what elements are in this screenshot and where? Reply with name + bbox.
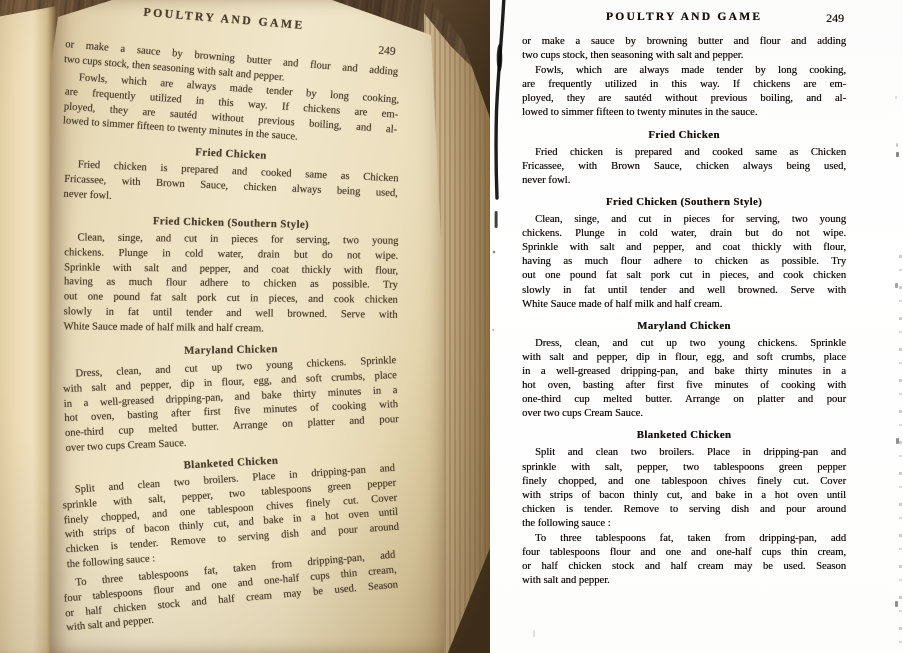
body-paragraph: or make a sauce by browning butter and f… xyxy=(522,35,846,63)
ink-speck xyxy=(896,438,899,444)
text-line: four tablespoons flour and one and one-h… xyxy=(522,546,846,560)
text-line: Clean, singe, and cut in pieces for serv… xyxy=(522,213,846,227)
recipe-heading: Blanketed Chicken xyxy=(522,428,846,442)
text-line: Dress, clean, and cut up two young chick… xyxy=(522,337,846,351)
page-title: POULTRY AND GAME xyxy=(606,10,762,23)
page-number: 249 xyxy=(826,11,844,25)
scan-page-text: POULTRY AND GAME 249 or make a sauce by … xyxy=(522,10,846,589)
text-line: with strips of bacon thinly cut, and bak… xyxy=(522,489,846,503)
text-line: the following sauce : xyxy=(522,517,846,531)
text-line: are frequently utilized in this way. If … xyxy=(522,78,846,92)
body-paragraph: Dress, clean, and cut up two young chick… xyxy=(62,354,399,457)
text-line: out one pound fat salt pork cut in piece… xyxy=(522,269,846,283)
body-paragraph: Fried chicken is prepared and cooked sam… xyxy=(522,146,846,188)
book-scan-comparison: POULTRY AND GAME 249 or make a sauce by … xyxy=(0,0,903,653)
text-line: finely chopped, and one tablespoon chive… xyxy=(522,475,846,489)
body-paragraph: Clean, singe, and cut in pieces for serv… xyxy=(522,213,846,312)
recipe-heading: Fried Chicken (Southern Style) xyxy=(522,195,846,209)
text-line: ployed, they are sautéd without previous… xyxy=(522,92,846,106)
body-paragraph: Clean, singe, and cut in pieces for serv… xyxy=(63,232,398,339)
text-line: White Sauce made of half milk and half c… xyxy=(63,320,397,338)
page-body: or make a sauce by browning butter and f… xyxy=(64,52,398,623)
text-line: never fowl. xyxy=(522,174,846,188)
text-line: sprinkle with salt, pepper, two tablespo… xyxy=(522,461,846,475)
body-paragraph: Split and clean two broilers. Place in d… xyxy=(522,446,846,531)
ink-speck xyxy=(896,143,898,147)
clean-scan-panel: POULTRY AND GAME 249 or make a sauce by … xyxy=(490,0,903,653)
text-line: lowed to simmer fifteen to twenty minute… xyxy=(522,106,846,120)
ink-speck xyxy=(895,96,897,99)
scan-edge-artifact xyxy=(490,0,510,420)
text-line: Sprinkle with salt and pepper, and coat … xyxy=(522,241,846,255)
text-line: over two cups Cream Sauce. xyxy=(522,407,846,421)
body-paragraph: To three tablespoons fat, taken from dri… xyxy=(522,532,846,588)
text-line: with salt and pepper. xyxy=(522,574,846,588)
text-line: Fricassee, with Brown Sauce, chicken alw… xyxy=(522,160,846,174)
text-line: hot oven, basting after first five minut… xyxy=(522,379,846,393)
text-line: chicken is tender. Remove to serving dis… xyxy=(522,503,846,517)
page-body: or make a sauce by browning butter and f… xyxy=(522,35,846,588)
text-line: having as much flour adhere to chicken a… xyxy=(522,255,846,269)
text-line: one-third cup melted butter. Arrange on … xyxy=(522,393,846,407)
text-line: Fried chicken is prepared and cooked sam… xyxy=(522,146,846,160)
text-line: in a well-greased dripping-pan, and bake… xyxy=(522,365,846,379)
binding-speck-column xyxy=(899,255,902,653)
text-line: or half chicken stock and half cream may… xyxy=(522,560,846,574)
facing-page-edge xyxy=(0,6,57,653)
text-line: two cups stock, then seasoning with salt… xyxy=(522,49,846,63)
recipe-heading: Fried Chicken xyxy=(522,128,846,142)
book-photo-panel: POULTRY AND GAME 249 or make a sauce by … xyxy=(0,0,490,653)
text-line: Split and clean two broilers. Place in d… xyxy=(522,446,846,460)
text-line: with salt and pepper, dip in flour, egg,… xyxy=(522,351,846,365)
text-line: or make a sauce by browning butter and f… xyxy=(522,35,846,49)
text-line: chickens. Plunge in cold water, drain bu… xyxy=(522,227,846,241)
text-line: White Sauce made of half milk and half c… xyxy=(522,298,846,312)
text-line: slowly in fat until tender and well brow… xyxy=(522,284,846,298)
text-line: To three tablespoons fat, taken from dri… xyxy=(522,532,846,546)
ink-speck xyxy=(895,283,898,288)
ink-speck xyxy=(533,630,535,637)
photo-page-text: POULTRY AND GAME 249 or make a sauce by … xyxy=(64,12,398,623)
body-paragraph: Dress, clean, and cut up two young chick… xyxy=(522,337,846,422)
page-header: POULTRY AND GAME 249 xyxy=(522,10,846,27)
body-paragraph: Fowls, which are always made tender by l… xyxy=(522,64,846,120)
text-line: Fowls, which are always made tender by l… xyxy=(522,64,846,78)
ink-speck xyxy=(895,601,898,607)
recipe-heading: Maryland Chicken xyxy=(522,319,846,333)
ink-speck xyxy=(896,152,899,157)
